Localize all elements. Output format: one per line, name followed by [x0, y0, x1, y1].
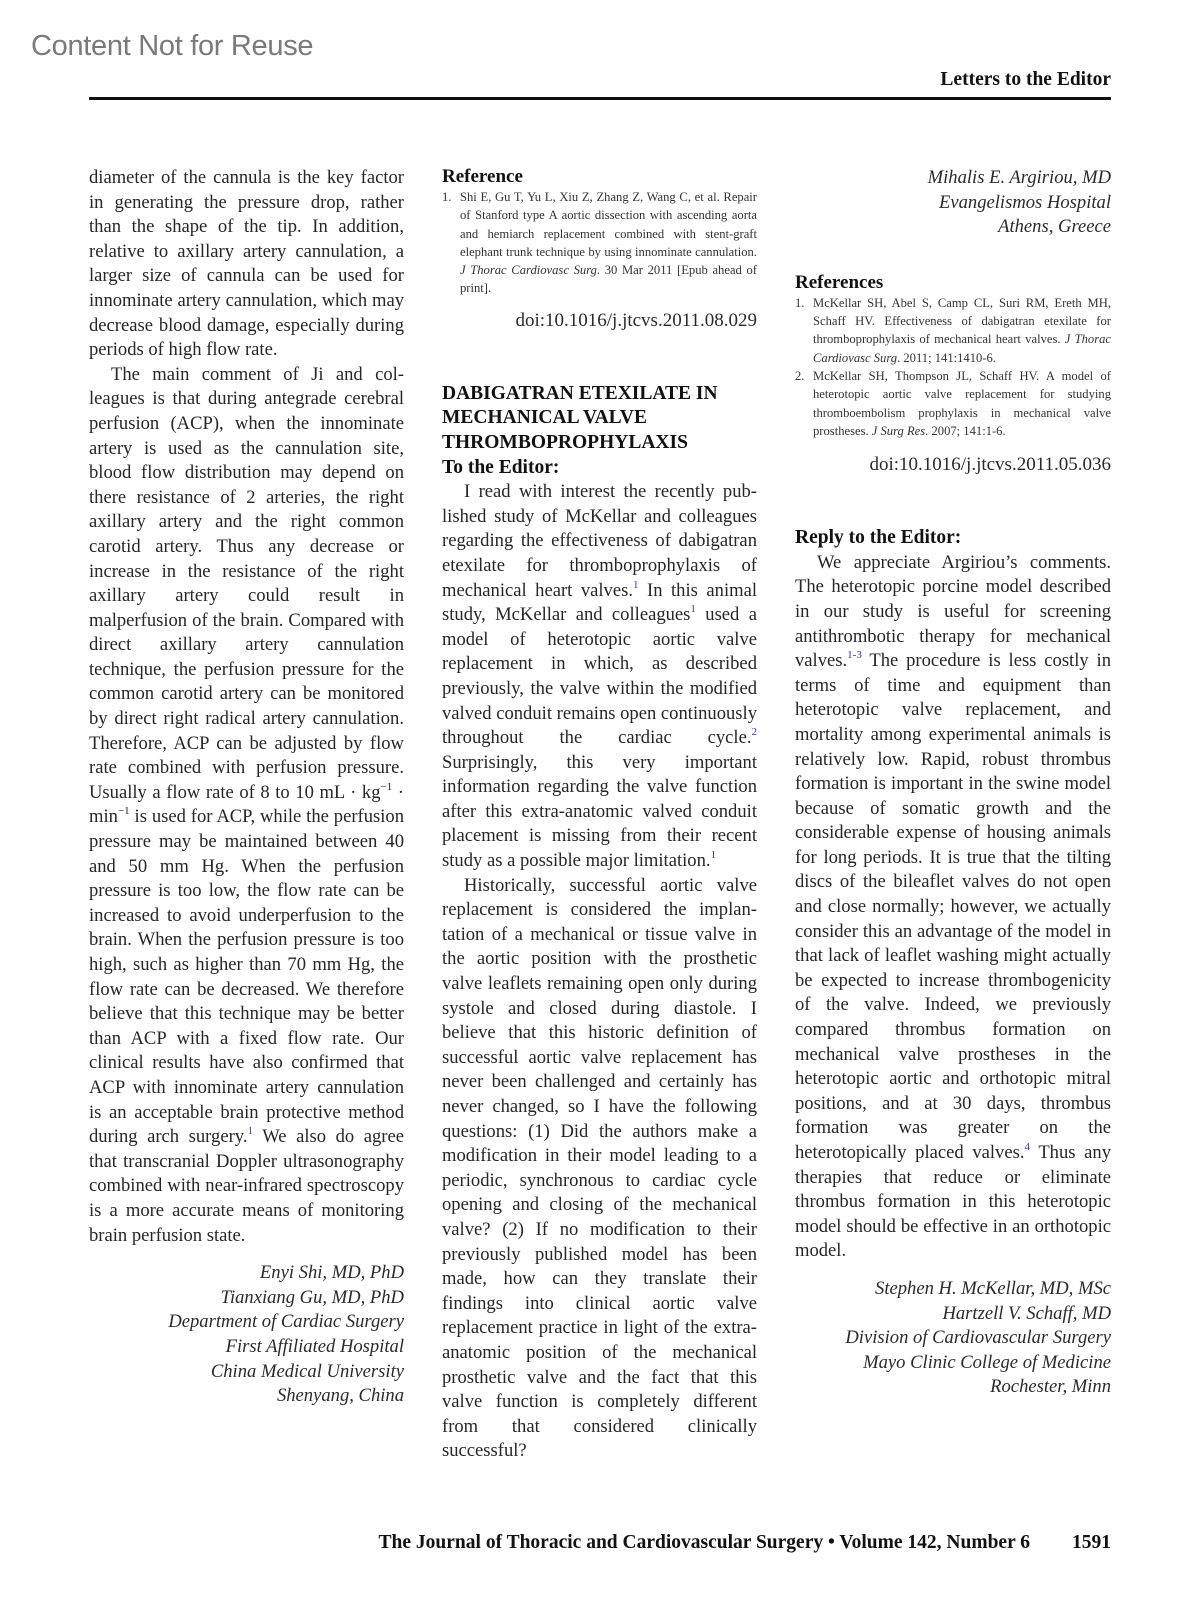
- journal-citation: The Journal of Thoracic and Cardiovascul…: [379, 1532, 1030, 1553]
- reply-heading: Reply to the Editor:: [795, 526, 1111, 551]
- exponent: −1: [381, 781, 393, 793]
- reference-list: 1. McKellar SH, Abel S, Camp CL, Suri RM…: [795, 294, 1111, 440]
- reference-item: 1. Shi E, Gu T, Yu L, Xiu Z, Zhang Z, Wa…: [442, 188, 757, 298]
- doi[interactable]: doi:10.1016/j.jtcvs.2011.05.036: [795, 454, 1111, 476]
- watermark: Content Not for Reuse: [31, 30, 313, 63]
- page-footer: The Journal of Thoracic and Cardiovascul…: [379, 1532, 1111, 1554]
- citation-link[interactable]: 1-3: [847, 649, 862, 661]
- column-3: Mihalis E. Argiriou, MD Evangelismos Hos…: [795, 166, 1111, 1400]
- reference-item: 2. McKellar SH, Thompson JL, Schaff HV. …: [795, 367, 1111, 440]
- letter-title: DABIGATRAN ETEXILATE IN MECHANICAL VALVE…: [442, 382, 757, 456]
- paragraph: The main comment of Ji and col­leagues i…: [89, 363, 404, 1248]
- citation-link[interactable]: 2: [752, 726, 758, 738]
- column-2: Reference 1. Shi E, Gu T, Yu L, Xiu Z, Z…: [442, 166, 757, 1464]
- paragraph: I read with interest the recently pub­li…: [442, 480, 757, 874]
- doi[interactable]: doi:10.1016/j.jtcvs.2011.08.029: [442, 310, 757, 332]
- paragraph: We appreciate Argiriou’s comments. The h…: [795, 551, 1111, 1264]
- column-1: diameter of the cannula is the key facto…: [89, 166, 404, 1409]
- citation-link[interactable]: 1: [711, 849, 717, 861]
- references-heading: References: [795, 272, 1111, 294]
- header-rule: [89, 97, 1111, 100]
- letter-body: I read with interest the recently pub­li…: [442, 480, 757, 1464]
- reference-list: 1. Shi E, Gu T, Yu L, Xiu Z, Zhang Z, Wa…: [442, 188, 757, 298]
- author-signature: Enyi Shi, MD, PhD Tianxiang Gu, MD, PhD …: [89, 1261, 404, 1409]
- exponent: −1: [118, 805, 130, 817]
- author-signature: Mihalis E. Argiriou, MD Evangelismos Hos…: [795, 166, 1111, 240]
- reference-item: 1. McKellar SH, Abel S, Camp CL, Suri RM…: [795, 294, 1111, 367]
- reference-heading: Reference: [442, 166, 757, 188]
- paragraph: diameter of the cannula is the key facto…: [89, 166, 404, 363]
- page-number: 1591: [1072, 1532, 1111, 1553]
- letter-body-continued: diameter of the cannula is the key facto…: [89, 166, 404, 1248]
- paragraph: Historically, successful aortic valve re…: [442, 874, 757, 1464]
- reply-body: We appreciate Argiriou’s comments. The h…: [795, 551, 1111, 1264]
- author-signature: Stephen H. McKellar, MD, MSc Hartzell V.…: [795, 1277, 1111, 1400]
- salutation: To the Editor:: [442, 456, 757, 481]
- running-head: Letters to the Editor: [940, 69, 1111, 91]
